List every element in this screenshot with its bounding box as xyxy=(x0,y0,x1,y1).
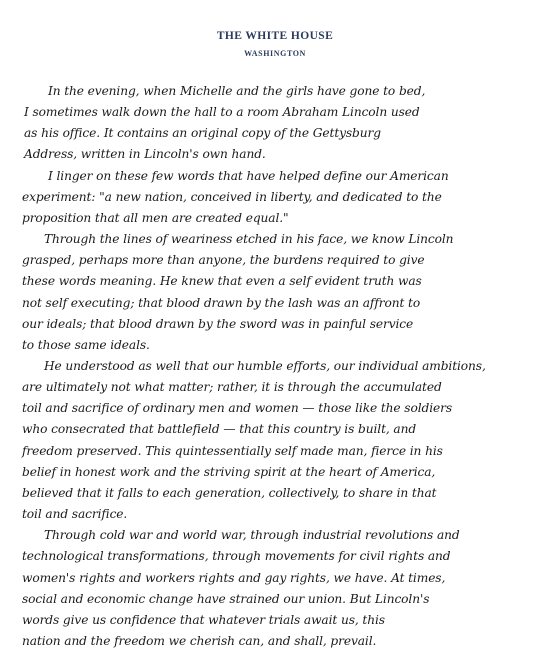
handwritten-line: our ideals; that blood drawn by the swor… xyxy=(22,317,413,331)
handwritten-line: Through cold war and world war, through … xyxy=(44,528,460,542)
handwritten-line: He understood as well that our humble ef… xyxy=(44,359,486,373)
letterhead: THE WHITE HOUSE WASHINGTON xyxy=(0,30,550,58)
handwritten-line: proposition that all men are created equ… xyxy=(22,211,289,225)
handwritten-line: are ultimately not what matter; rather, … xyxy=(22,380,442,394)
handwritten-line: believed that it falls to each generatio… xyxy=(22,486,436,500)
handwritten-line: experiment: "a new nation, conceived in … xyxy=(22,190,442,204)
handwritten-line: words give us confidence that whatever t… xyxy=(22,613,385,627)
handwritten-line: technological transformations, through m… xyxy=(22,549,451,563)
handwritten-line: In the evening, when Michelle and the gi… xyxy=(48,84,425,98)
letter-page: THE WHITE HOUSE WASHINGTON In the evenin… xyxy=(0,0,550,666)
handwritten-line: women's rights and workers rights and ga… xyxy=(22,571,445,585)
handwritten-line: toil and sacrifice. xyxy=(22,507,127,521)
handwritten-line: belief in honest work and the striving s… xyxy=(22,465,435,479)
handwritten-line: freedom preserved. This quintessentially… xyxy=(22,444,443,458)
handwritten-line: who consecrated that battlefield — that … xyxy=(22,422,416,436)
handwritten-line: to those same ideals. xyxy=(22,338,150,352)
handwritten-line: I sometimes walk down the hall to a room… xyxy=(24,105,420,119)
handwritten-line: grasped, perhaps more than anyone, the b… xyxy=(22,253,425,267)
handwritten-line: I linger on these few words that have he… xyxy=(48,169,449,183)
handwritten-line: nation and the freedom we cherish can, a… xyxy=(22,634,376,648)
letterhead-title: THE WHITE HOUSE xyxy=(0,30,550,42)
handwritten-line: not self executing; that blood drawn by … xyxy=(22,296,420,310)
letterhead-subtitle: WASHINGTON xyxy=(0,49,550,58)
handwritten-line: Address, written in Lincoln's own hand. xyxy=(24,147,266,161)
handwritten-line: as his office. It contains an original c… xyxy=(24,126,381,140)
handwritten-line: these words meaning. He knew that even a… xyxy=(22,274,422,288)
handwritten-line: toil and sacrifice of ordinary men and w… xyxy=(22,401,452,415)
handwritten-line: social and economic change have strained… xyxy=(22,592,429,606)
handwritten-line: Through the lines of weariness etched in… xyxy=(44,232,453,246)
